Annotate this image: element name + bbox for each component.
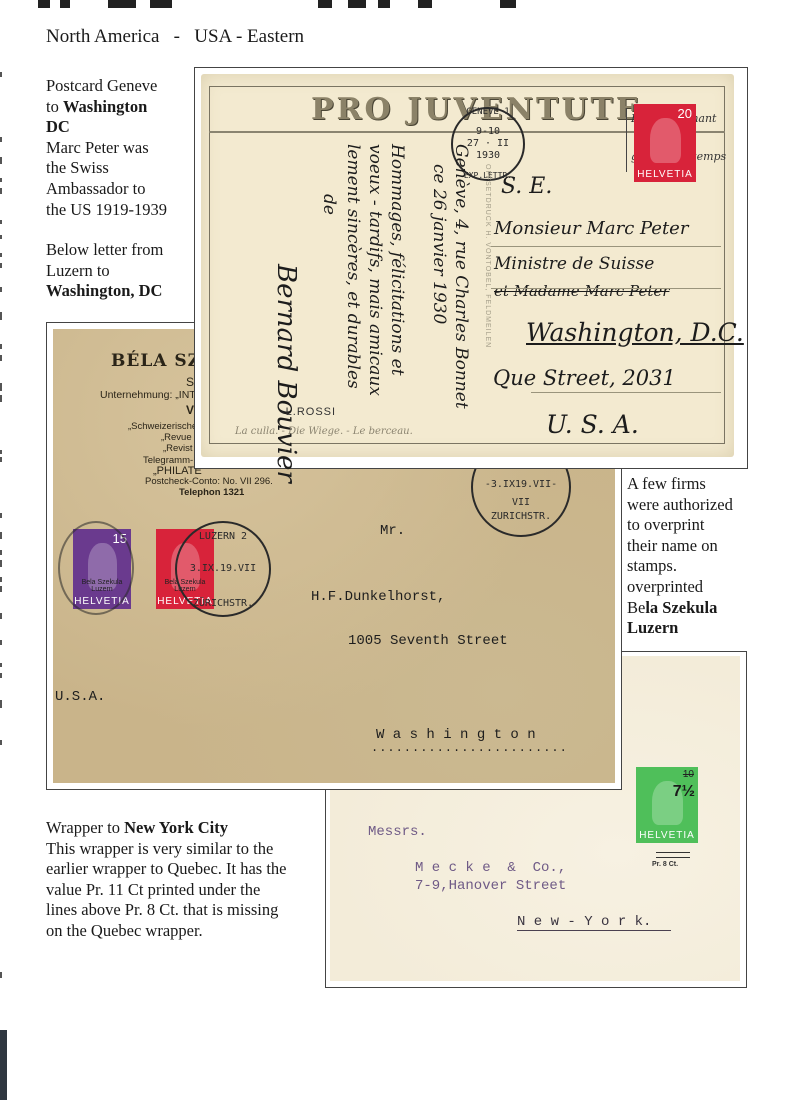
note-line: earlier wrapper to Quebec. It has the <box>46 859 326 880</box>
letter-salutation: Mr. <box>380 523 405 539</box>
note-line: Washington, DC <box>46 281 191 302</box>
stamp-surcharge: 7½ <box>673 783 695 801</box>
address-rule <box>491 246 721 247</box>
note-line: to Washington <box>46 97 191 118</box>
postmark-text: 9-10 <box>453 126 523 137</box>
postmark-text: GENEVE 1 <box>453 107 523 117</box>
address-salutation: S. E. <box>501 174 552 199</box>
note-line: Wrapper to New York City <box>46 818 326 839</box>
stamp-imprinted-green: 10 7½ HELVETIA <box>636 767 698 843</box>
letter-street: 1005 Seventh Street <box>348 633 508 649</box>
note-line: lines above Pr. 8 Ct. that is missing <box>46 900 326 921</box>
wrapper-price: Pr. 8 Ct. <box>652 861 678 868</box>
address-street: Que Street, 2031 <box>493 366 676 390</box>
message-line: Genève, 4, rue Charles Bonnet <box>451 144 471 409</box>
sender-line: „Schweizerischer <box>128 421 200 432</box>
stamp-value: 20 <box>678 106 692 121</box>
signature: Bernard Bouvier <box>271 264 301 483</box>
postcard-geneve-frame: PRO JUVENTUTE En téléphonant vous gagnez… <box>194 67 748 469</box>
stamp-country: HELVETIA <box>634 169 696 180</box>
sender-line: „Revist <box>163 443 193 454</box>
wrapper-street: 7-9,Hanover Street <box>415 878 566 894</box>
note-line: overprinted <box>627 577 792 598</box>
note-line: Marc Peter was <box>46 138 191 159</box>
letter-country: U.S.A. <box>55 689 105 705</box>
artist-credit: -L.ROSSI <box>281 406 336 418</box>
stamp-old-value: 10 <box>683 769 694 780</box>
address-rule <box>531 392 721 393</box>
letter-recipient: H.F.Dunkelhorst, <box>311 589 445 605</box>
note-line: were authorized <box>627 495 792 516</box>
note-line: their name on <box>627 536 792 557</box>
postmark-text: LUZERN 2 <box>177 531 269 542</box>
wrapper-city: N e w - Y o r k. <box>517 914 671 931</box>
message-line: voeux - tardifs, mais amicaux <box>365 144 385 396</box>
note-line: Bela Szekula <box>627 598 792 619</box>
note-line: Ambassador to <box>46 179 191 200</box>
binder-edge-marks <box>0 60 4 1000</box>
message-line: lement sincères, et durables <box>343 144 363 389</box>
postmark-date: 3.IX.19.VII <box>177 563 269 574</box>
note-line: the Swiss <box>46 158 191 179</box>
note-line: Below letter from <box>46 240 191 261</box>
postmark-text: VII <box>473 497 569 508</box>
postmark-luzern: LUZERN 2 3.IX.19.VII ZÜRICHSTR. <box>175 521 271 617</box>
note-line: stamps. <box>627 556 792 577</box>
note-line: value Pr. 11 Ct printed under the <box>46 880 326 901</box>
wrapper-recipient: M e c k e & Co., <box>415 860 566 876</box>
scan-edge-shadow <box>0 1030 7 1100</box>
note-line: Luzern to <box>46 261 191 282</box>
note-line: on the Quebec wrapper. <box>46 921 326 942</box>
message-line: de <box>319 194 339 215</box>
stamp-country: HELVETIA <box>636 830 698 841</box>
postmark-text: ZÜRICHSTR. <box>177 598 269 609</box>
message-line: Hommages, félicitations et <box>387 144 407 376</box>
sender-line: „Revue <box>161 432 192 443</box>
tell-portrait-icon <box>650 118 681 163</box>
message-line: ce 26 janvier 1930 <box>429 164 449 324</box>
price-strike-lines <box>656 852 690 858</box>
stamp-20-helvetia: 20 HELVETIA <box>634 104 696 182</box>
sender-line: Telephon 1321 <box>179 487 244 498</box>
overprint-description: A few firms were authorized to overprint… <box>627 474 792 639</box>
wrapper-salutation: Messrs. <box>368 824 427 840</box>
postcard-description: Postcard Geneve to Washington DC Marc Pe… <box>46 76 191 302</box>
address-line: Ministre de Suisse <box>494 254 654 274</box>
postmark-text: ZURICHSTR. <box>473 511 569 522</box>
printer-imprint: OFFSETDRUCK H. VONTOBEL, FELDMEILEN <box>484 164 491 348</box>
note-line: to overprint <box>627 515 792 536</box>
cropped-header-remnant <box>0 0 795 14</box>
address-line: et Madame Marc Peter <box>494 282 669 300</box>
note-line: A few firms <box>627 474 792 495</box>
note-line: Luzern <box>627 618 792 639</box>
address-city: Washington, D.C. <box>526 318 744 347</box>
picture-caption: La culla. - Die Wiege. - Le berceau. <box>235 426 413 437</box>
postmark-left <box>58 521 134 615</box>
postcard-image: PRO JUVENTUTE En téléphonant vous gagnez… <box>201 74 734 457</box>
wrapper-description: Wrapper to New York City This wrapper is… <box>46 818 326 942</box>
address-line: Monsieur Marc Peter <box>494 218 688 239</box>
note-line: Postcard Geneve <box>46 76 191 97</box>
sender-line: Postcheck-Conto: No. VII 296. <box>145 476 273 487</box>
note-line: the US 1919-1939 <box>46 200 191 221</box>
note-line: This wrapper is very similar to the <box>46 839 326 860</box>
page-title: North America - USA - Eastern <box>46 26 304 48</box>
address-country: U. S. A. <box>546 410 639 439</box>
letter-dots: ........................ <box>371 741 568 755</box>
postmark-date: -3.IX19.VII- <box>473 479 569 490</box>
note-line: DC <box>46 117 191 138</box>
address-rule <box>491 288 721 289</box>
